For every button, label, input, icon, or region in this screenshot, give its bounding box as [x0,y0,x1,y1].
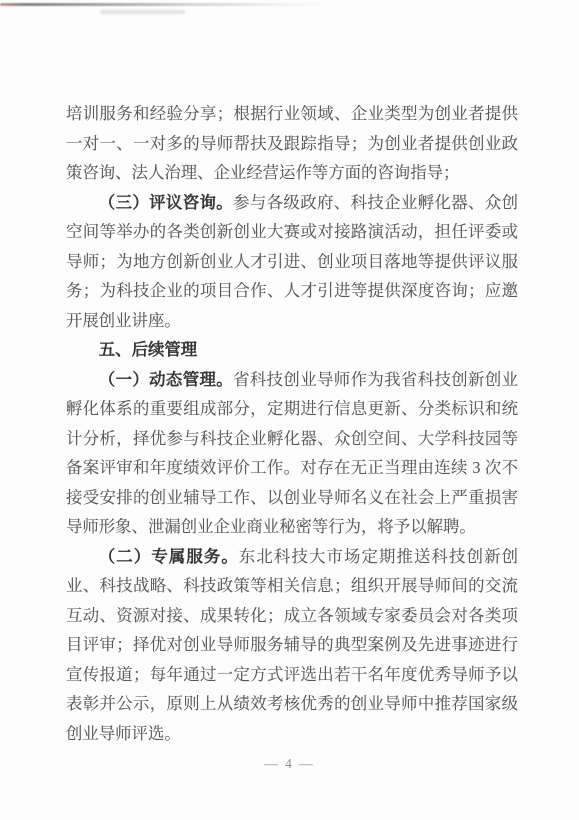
scan-artifact-line [0,3,330,6]
text-run: 省科技创业导师作为我省科技创新创业孵化体系的重要组成部分，定期进行信息更新、分类… [66,370,518,537]
document-body: 培训服务和经验分享；根据行业领域、企业类型为创业者提供一对一、一对多的导师帮扶及… [66,99,518,748]
bold-run: （二）专属服务。 [99,547,239,566]
bold-run: 五、后续管理 [99,340,197,359]
text-run: 东北科技大市场定期推送科技创新创业、科技战略、科技政策等相关信息；组织开展导师间… [66,547,518,743]
document-page: 培训服务和经验分享；根据行业领域、企业类型为创业者提供一对一、一对多的导师帮扶及… [0,0,579,820]
text-run: 参与各级政府、科技企业孵化器、众创空间等举办的各类创新创业大赛或对接路演活动，担… [66,193,518,330]
paragraph: （三）评议咨询。参与各级政府、科技企业孵化器、众创空间等举办的各类创新创业大赛或… [66,188,518,336]
section-heading: 五、后续管理 [66,335,518,365]
paragraph: （二）专属服务。东北科技大市场定期推送科技创新创业、科技战略、科技政策等相关信息… [66,542,518,749]
bold-run: （三）评议咨询。 [99,193,233,212]
paragraph: （一）动态管理。省科技创业导师作为我省科技创新创业孵化体系的重要组成部分，定期进… [66,365,518,542]
page-number: — 4 — [0,756,579,772]
paragraph: 培训服务和经验分享；根据行业领域、企业类型为创业者提供一对一、一对多的导师帮扶及… [66,99,518,188]
bold-run: （一）动态管理。 [99,370,233,389]
text-run: 培训服务和经验分享；根据行业领域、企业类型为创业者提供一对一、一对多的导师帮扶及… [66,104,518,182]
scan-artifact-smudge [100,10,185,14]
